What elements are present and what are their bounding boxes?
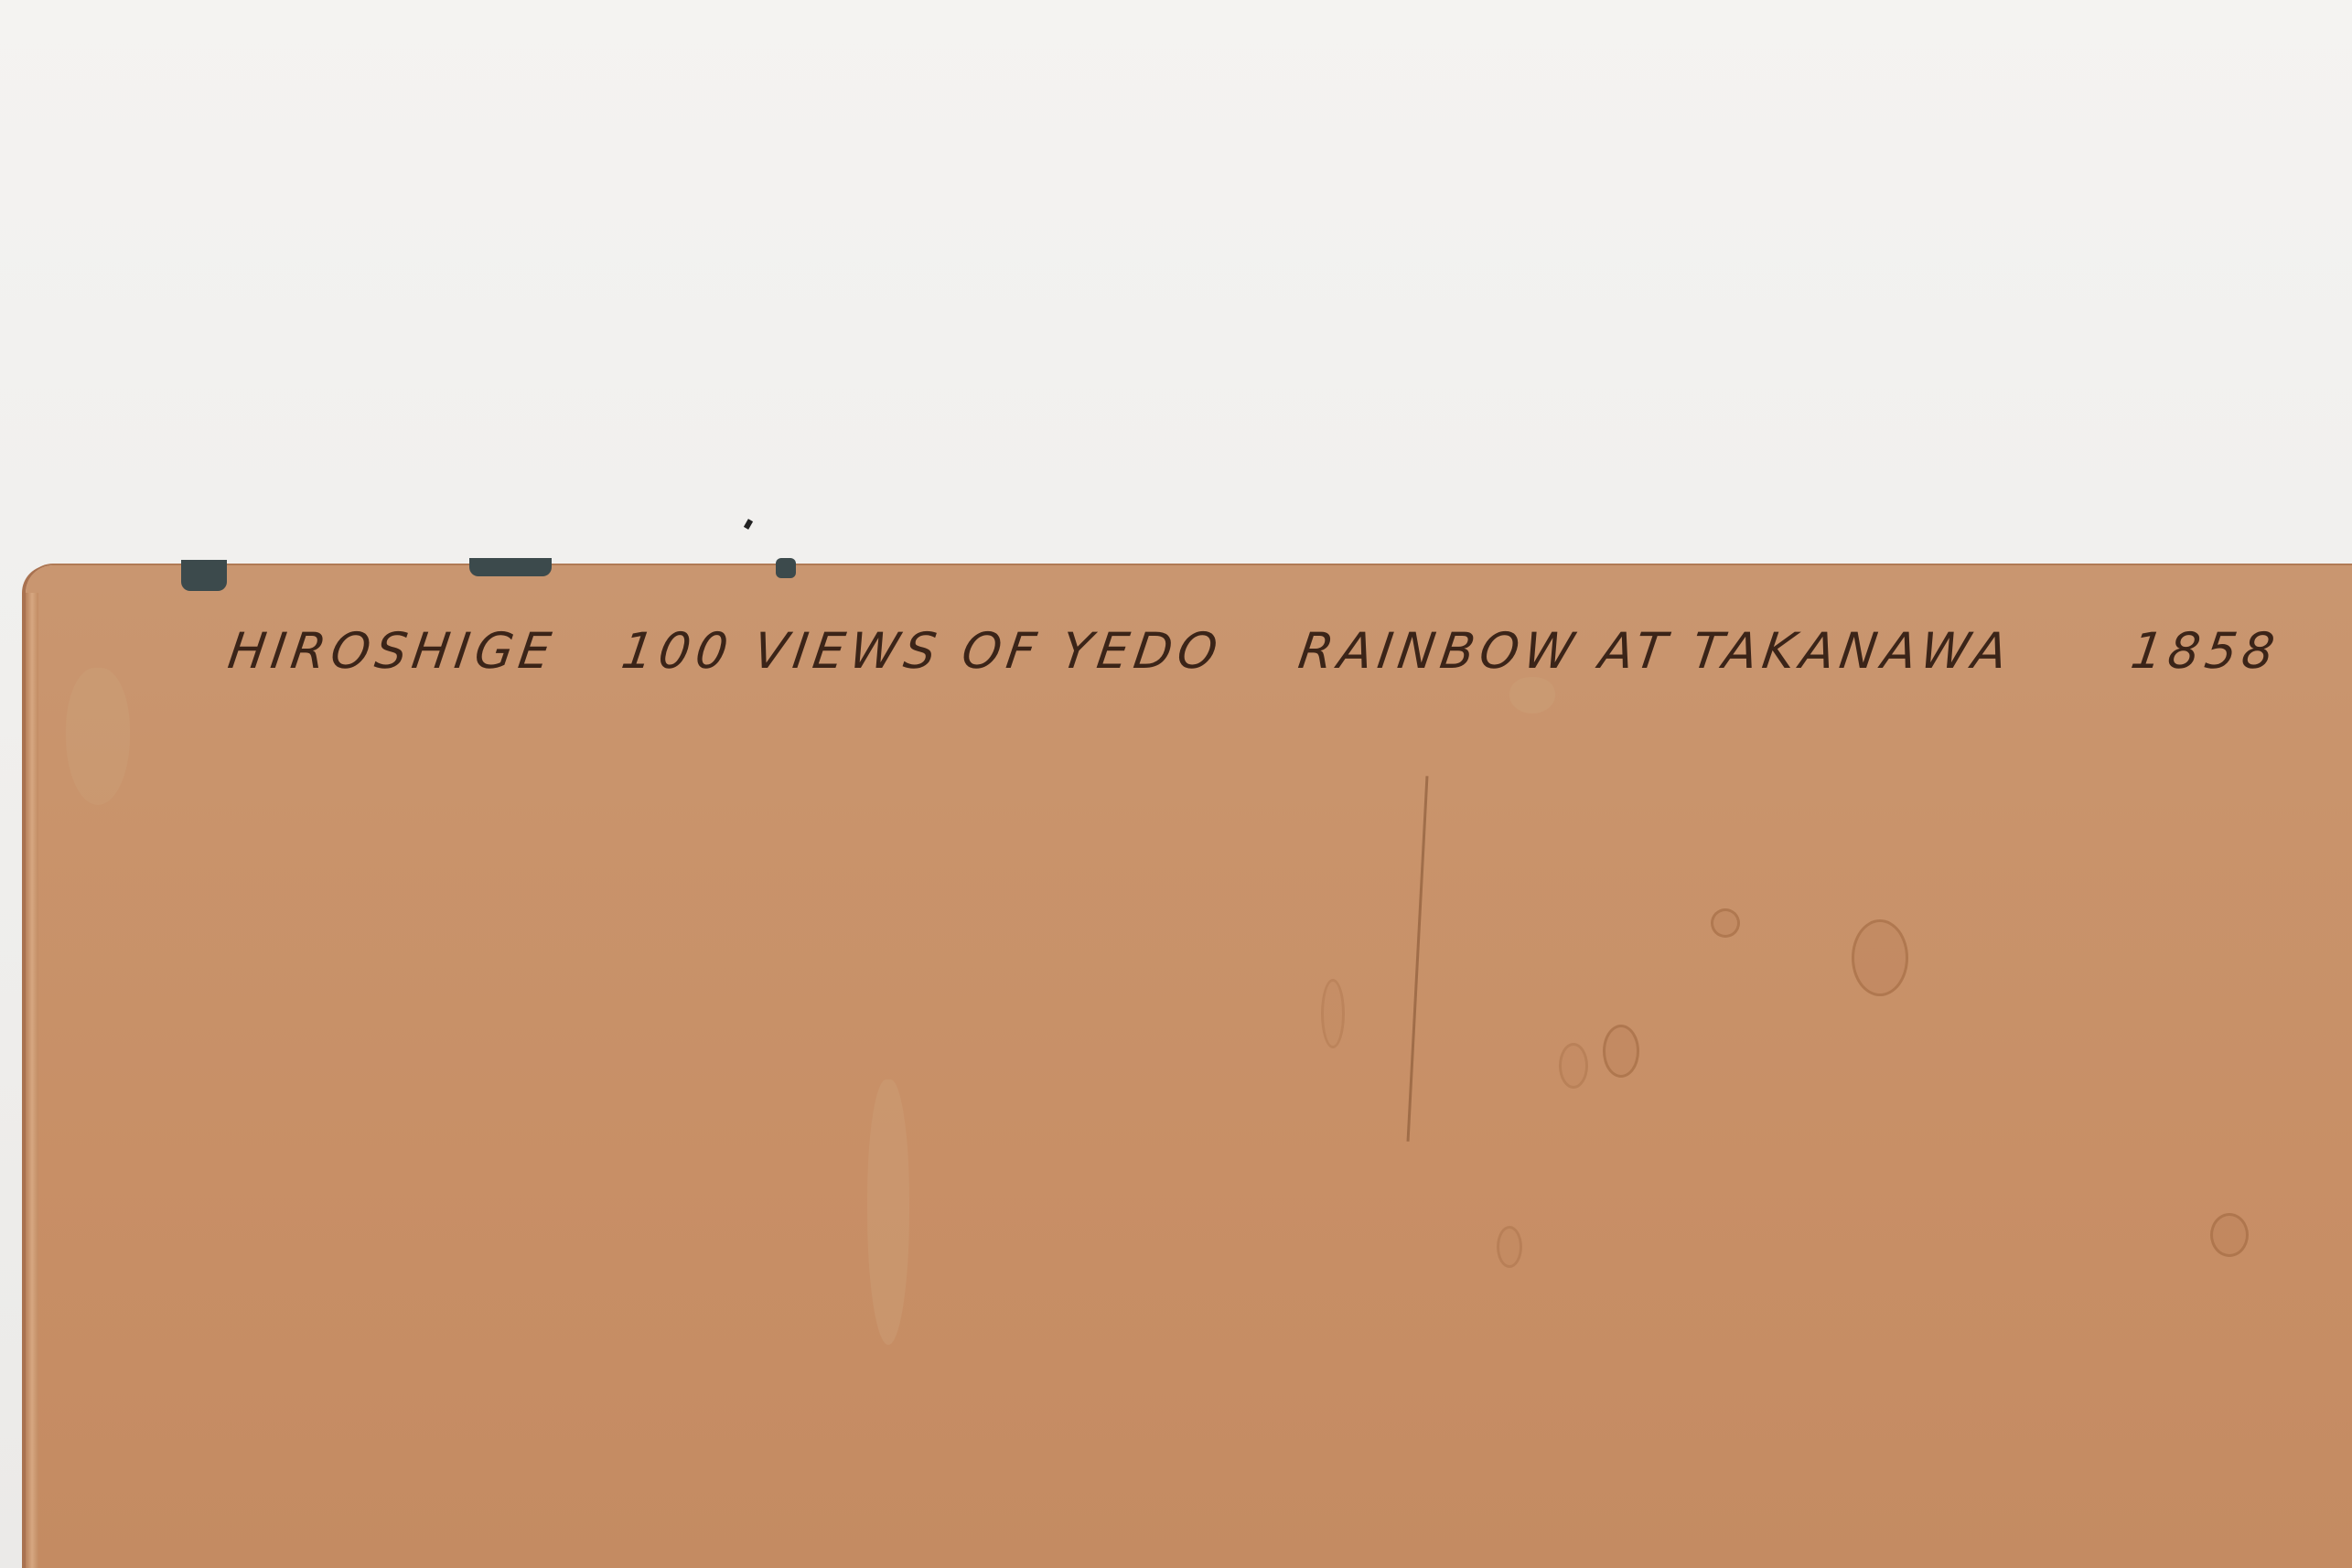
- tape-remnant: [181, 560, 227, 591]
- debris-speck: [744, 519, 753, 530]
- water-stain: [867, 1079, 909, 1345]
- inscription-year: 1858: [2128, 622, 2283, 680]
- water-stain: [1321, 979, 1345, 1048]
- water-stain: [1559, 1043, 1588, 1089]
- handwritten-inscription: HIROSHIGE 100 VIEWS OF YEDO RAINBOW AT T…: [229, 622, 2297, 704]
- water-stain: [1497, 1226, 1522, 1268]
- water-stain: [2210, 1213, 2249, 1257]
- inscription-artist: HIROSHIGE: [225, 622, 560, 680]
- tape-remnant: [469, 558, 552, 576]
- water-stain: [1852, 919, 1908, 996]
- inscription-series: 100 VIEWS OF YEDO: [618, 622, 1227, 680]
- cardboard-mount: [26, 565, 2352, 1568]
- water-stain: [66, 668, 130, 805]
- inscription-title: RAINBOW AT TAKANAWA: [1295, 622, 2016, 680]
- tape-remnant: [776, 558, 796, 578]
- water-stain: [1603, 1025, 1639, 1078]
- water-stain: [1711, 908, 1740, 938]
